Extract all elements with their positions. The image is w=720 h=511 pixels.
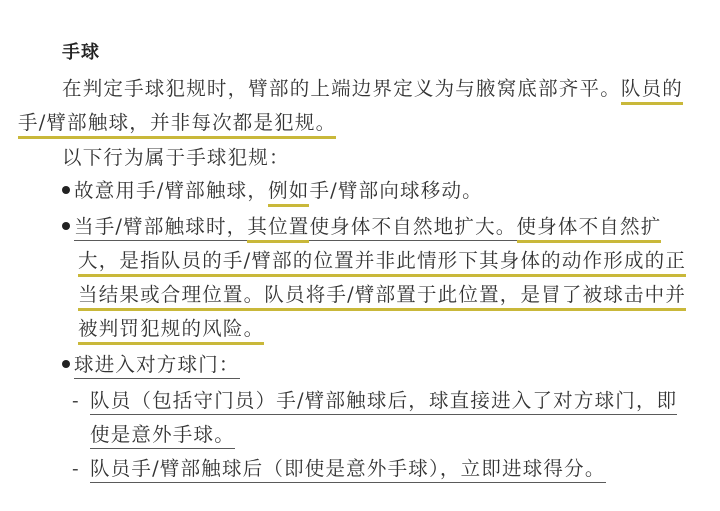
underlined-text-gray: 球进入对方球门： [74,353,240,379]
bullet-icon [62,360,70,368]
text-line: 以下行为属于手球犯规： [62,145,290,171]
bullet-icon [62,222,70,230]
text-line: -队员手/臂部触球后（即使是意外手球），立即进球得分。 [72,456,606,482]
underlined-text-yellow: 大，是指队员的手/臂部的位置并非此情形下其身体的动作形成的正 [78,249,686,277]
text-line: -队员（包括守门员）手/臂部触球后，球直接进入了对方球门，即 [72,388,677,414]
underlined-text-gray: 队员手/臂部触球后（即使是意外手球），立即进球得分。 [90,457,606,483]
text-line: 被判罚犯规的风险。 [78,316,264,342]
text-line: 故意用手/臂部触球，例如手/臂部向球移动。 [62,178,483,204]
underlined-text-yellow: 手/臂部触球，并非每次都是犯规。 [18,111,336,139]
underlined-text-yellow: 使身体不自然扩 [517,215,662,243]
underlined-text-yellow: 被判罚犯规的风险。 [78,317,264,345]
text-line: 大，是指队员的手/臂部的位置并非此情形下其身体的动作形成的正 [78,248,686,274]
text-segment: 以下行为属于手球犯规： [62,146,290,171]
bullet-icon [62,186,70,194]
text-segment: 故意用手/臂部触球， [74,179,268,204]
text-line: 在判定手球犯规时，臂部的上端边界定义为与腋窝底部齐平。队员的 [62,76,683,102]
underlined-text-yellow: 例如 [268,179,309,207]
text-line: 当手/臂部触球时，其位置使身体不自然地扩大。使身体不自然扩 [62,214,661,240]
text-line: 使是意外手球。 [90,422,235,448]
underlined-text-gray: 当手/臂部触球时， [74,215,247,241]
dash-marker-icon: - [72,456,86,482]
underlined-text-gray: 使身体不自然地扩大。 [309,215,516,241]
text-segment: 在判定手球犯规时，臂部的上端边界定义为与腋窝底部齐平。 [62,77,621,102]
underlined-text-yellow: 当结果或合理位置。队员将手/臂部置于此位置，是冒了被球击中并 [78,283,686,311]
underlined-text-gray: 使是意外手球。 [90,423,235,449]
underlined-text-gray: 队员（包括守门员）手/臂部触球后，球直接进入了对方球门，即 [90,389,677,415]
underlined-text-yellow: 其位置 [247,215,309,243]
text-line: 当结果或合理位置。队员将手/臂部置于此位置，是冒了被球击中并 [78,282,686,308]
section-title: 手球 [62,38,100,64]
text-line: 球进入对方球门： [62,352,240,378]
underlined-text-yellow: 队员的 [621,77,683,105]
dash-marker-icon: - [72,388,86,414]
text-line: 手/臂部触球，并非每次都是犯规。 [18,110,336,136]
text-segment: 手/臂部向球移动。 [309,179,482,204]
